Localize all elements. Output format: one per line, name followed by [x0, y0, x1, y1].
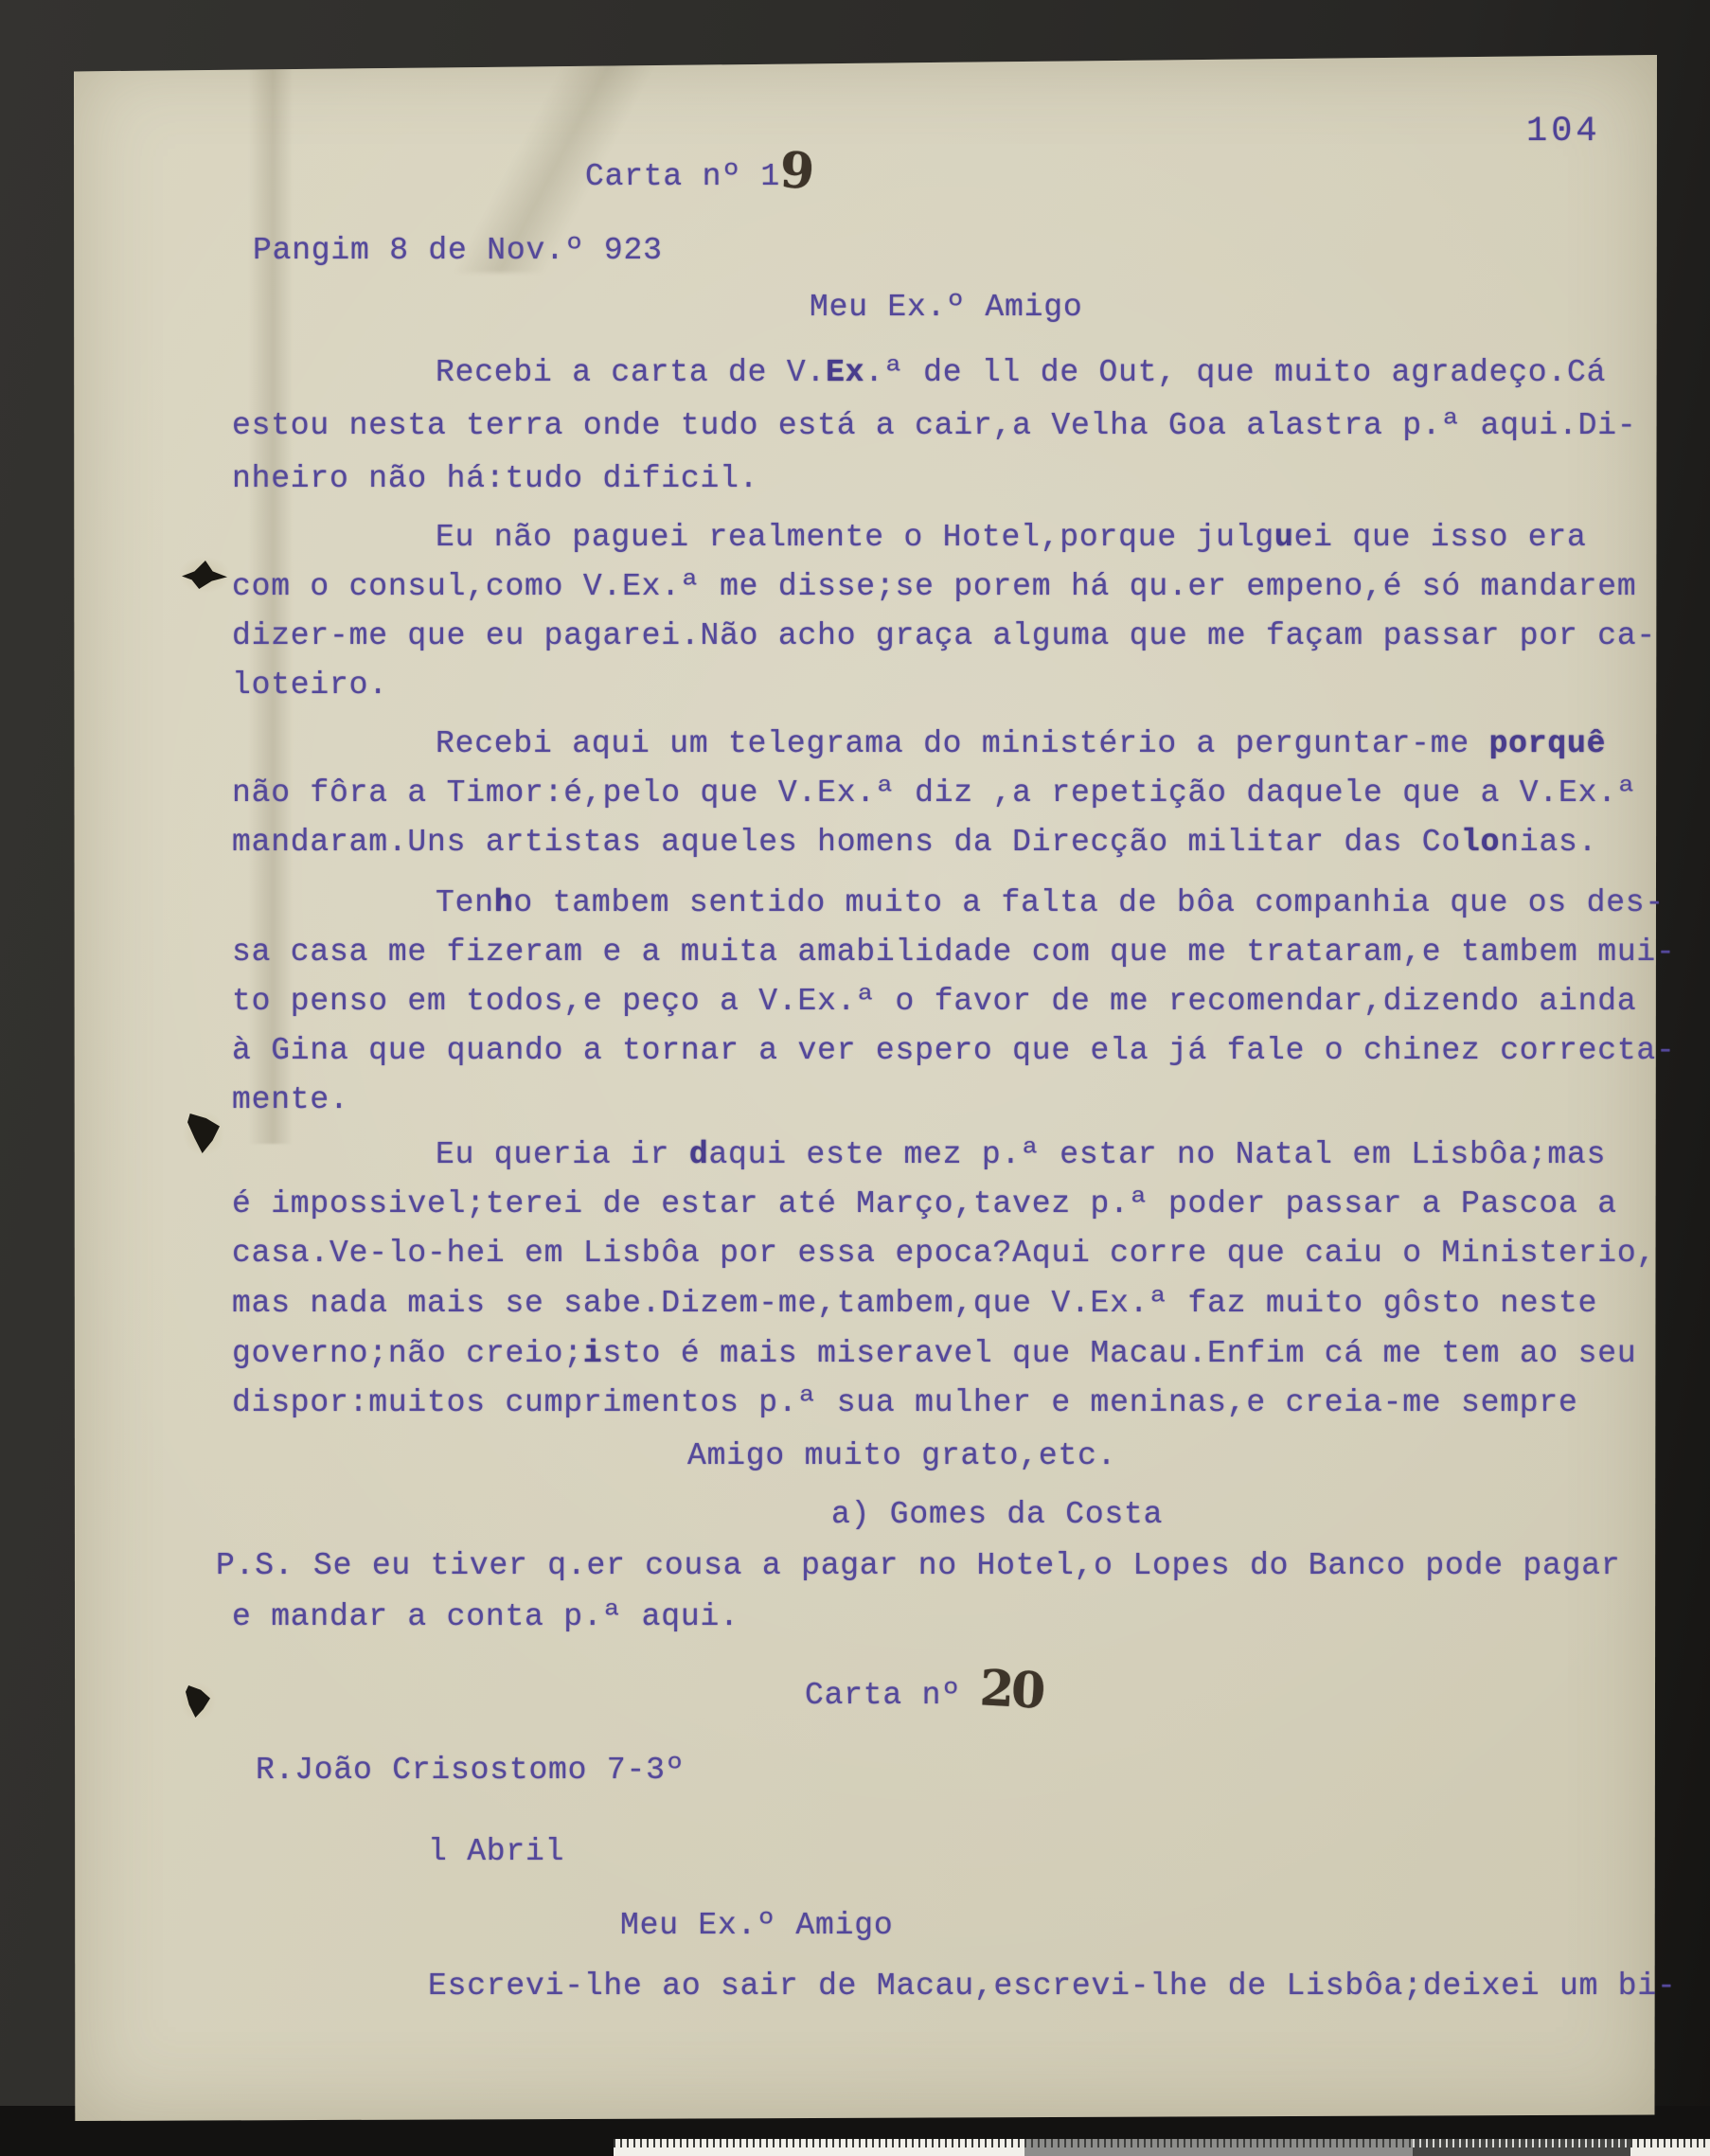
typed-text: Carta nº	[805, 1678, 980, 1713]
letter-line: sa casa me fizeram e a muita amabilidade…	[232, 934, 1676, 971]
letter-line: to penso em todos,e peço a V.Ex.ª o favo…	[232, 983, 1636, 1021]
typed-text: i	[583, 1336, 603, 1371]
letter-line: P.S. Se eu tiver q.er cousa a pagar no H…	[216, 1547, 1620, 1585]
letter-line: à Gina que quando a tornar a ver espero …	[232, 1032, 1676, 1070]
typed-text: loteiro.	[232, 668, 388, 703]
typed-text: nheiro não há:tudo dificil.	[232, 461, 758, 496]
letter-line: e mandar a conta p.ª aqui.	[232, 1598, 739, 1636]
typed-text: a) Gomes da Costa	[831, 1497, 1163, 1532]
letter-line: Amigo muito grato,etc.	[687, 1437, 1116, 1475]
typed-text: Recebi aqui um telegrama do ministério a…	[436, 726, 1489, 761]
letter-line: mente.	[232, 1081, 349, 1119]
letter-line: Tenho tambem sentido muito a falta de bô…	[436, 884, 1665, 922]
letter-line: estou nesta terra onde tudo está a cair,…	[232, 407, 1636, 445]
typed-text: R.João Crisostomo 7-3º	[256, 1753, 685, 1788]
letter-line: mandaram.Uns artistas aqueles homens da …	[232, 824, 1597, 862]
typed-text: dizer-me que eu pagarei.Não acho graça a…	[232, 618, 1656, 653]
typed-text: sto é mais miseravel que Macau.Enfim cá …	[602, 1336, 1636, 1371]
typed-text: Meu Ex.º Amigo	[620, 1908, 893, 1943]
typed-text: Meu Ex.º Amigo	[810, 290, 1082, 325]
typed-text: lo	[1461, 825, 1500, 860]
letter-line: loteiro.	[232, 667, 388, 704]
typed-text: com o consul,como V.Ex.ª me disse;se por…	[232, 569, 1636, 604]
letter-line: governo;não creio;isto é mais miseravel …	[232, 1335, 1636, 1373]
ruler-segment	[1413, 2139, 1630, 2156]
letter-line: casa.Ve-lo-hei em Lisbôa por essa epoca?…	[232, 1235, 1656, 1273]
letter-line: Meu Ex.º Amigo	[810, 289, 1082, 327]
letter-line: Escrevi-lhe ao sair de Macau,escrevi-lhe…	[428, 1968, 1677, 2005]
letter-line: Eu não paguei realmente o Hotel,porque j…	[436, 519, 1587, 557]
typed-text: casa.Ve-lo-hei em Lisbôa por essa epoca?…	[232, 1236, 1656, 1271]
ruler-segment	[1630, 2139, 1710, 2156]
typed-text: Escrevi-lhe ao sair de Macau,escrevi-lhe…	[428, 1969, 1677, 2004]
letter-line: l Abril	[428, 1833, 564, 1871]
ruler-segment	[1024, 2139, 1413, 2156]
typed-text: não fôra a Timor:é,pelo que V.Ex.ª diz ,…	[232, 775, 1636, 811]
typed-text: é impossivel;terei de estar até Março,ta…	[232, 1186, 1617, 1221]
handwritten-number: 9	[779, 151, 812, 191]
typed-text: Eu queria ir	[436, 1137, 689, 1172]
letter-line: é impossivel;terei de estar até Março,ta…	[232, 1185, 1617, 1223]
letter-line: a) Gomes da Costa	[831, 1496, 1163, 1534]
typed-text: porquê	[1489, 726, 1607, 761]
letter-line: Carta nº 19	[585, 150, 811, 196]
typed-text: to penso em todos,e peço a V.Ex.ª o favo…	[232, 984, 1636, 1019]
typed-text: Amigo muito grato,etc.	[687, 1438, 1116, 1473]
letter-text-layer: Carta nº 19Pangim 8 de Nov.º 923Meu Ex.º…	[0, 0, 1710, 2156]
typed-text: e mandar a conta p.ª aqui.	[232, 1599, 739, 1634]
typed-text: Ten	[436, 885, 494, 920]
typed-text: P.S. Se eu tiver q.er cousa a pagar no H…	[216, 1548, 1620, 1583]
typed-text: o tambem sentido muito a falta de bôa co…	[513, 885, 1665, 920]
typed-text: aqui este mez p.ª estar no Natal em Lisb…	[708, 1137, 1606, 1172]
letter-line: com o consul,como V.Ex.ª me disse;se por…	[232, 568, 1636, 606]
typed-text: Recebi a carta de V.	[436, 355, 826, 390]
typed-text: sa casa me fizeram e a muita amabilidade…	[232, 935, 1676, 970]
handwritten-number: 20	[979, 1669, 1043, 1710]
letter-line: R.João Crisostomo 7-3º	[256, 1752, 685, 1790]
letter-line: Eu queria ir daqui este mez p.ª estar no…	[436, 1136, 1606, 1174]
letter-line: mas nada mais se sabe.Dizem-me,tambem,qu…	[232, 1285, 1597, 1323]
typed-text: u	[1274, 520, 1294, 555]
typed-text: Pangim 8 de Nov.º 923	[253, 233, 663, 268]
ruler-segment	[614, 2139, 1024, 2156]
letter-line: dizer-me que eu pagarei.Não acho graça a…	[232, 617, 1656, 655]
letter-line: nheiro não há:tudo dificil.	[232, 460, 758, 498]
typed-text: Carta nº 1	[585, 159, 780, 194]
typed-text: .ª de ll de Out, que muito agradeço.Cá	[864, 355, 1606, 390]
letter-line: Pangim 8 de Nov.º 923	[253, 232, 663, 270]
letter-line: Carta nº 20	[805, 1668, 1043, 1715]
measurement-ruler	[614, 2139, 1710, 2156]
typed-text: governo;não creio;	[232, 1336, 583, 1371]
letter-line: Recebi a carta de V.Ex.ª de ll de Out, q…	[436, 354, 1606, 392]
typed-text: mente.	[232, 1082, 349, 1117]
typed-text: h	[494, 885, 514, 920]
letter-line: dispor:muitos cumprimentos p.ª sua mulhe…	[232, 1384, 1578, 1422]
typed-text: estou nesta terra onde tudo está a cair,…	[232, 408, 1636, 443]
typed-text: dispor:muitos cumprimentos p.ª sua mulhe…	[232, 1385, 1578, 1420]
typed-text: d	[689, 1137, 709, 1172]
typed-text: Ex	[826, 355, 864, 390]
typed-text: mas nada mais se sabe.Dizem-me,tambem,qu…	[232, 1286, 1597, 1321]
typed-text: ei que isso era	[1294, 520, 1587, 555]
typed-text: Eu não paguei realmente o Hotel,porque j…	[436, 520, 1274, 555]
typed-text: mandaram.Uns artistas aqueles homens da …	[232, 825, 1461, 860]
letter-line: Meu Ex.º Amigo	[620, 1907, 893, 1945]
letter-line: Recebi aqui um telegrama do ministério a…	[436, 725, 1606, 763]
typed-text: nias.	[1500, 825, 1597, 860]
typed-text: à Gina que quando a tornar a ver espero …	[232, 1033, 1676, 1068]
typed-text: l Abril	[428, 1834, 564, 1869]
letter-line: não fôra a Timor:é,pelo que V.Ex.ª diz ,…	[232, 775, 1636, 812]
